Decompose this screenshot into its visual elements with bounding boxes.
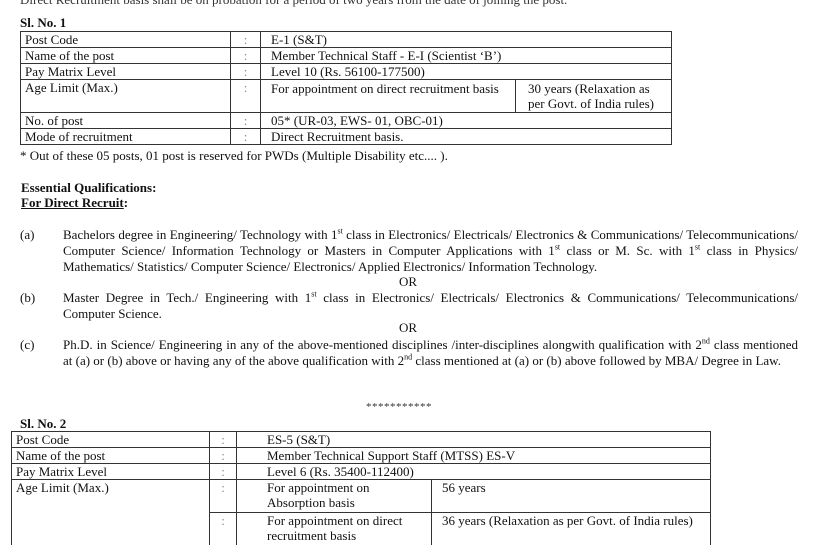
row-separator: : xyxy=(210,464,237,480)
row-separator: : xyxy=(210,513,237,545)
intro-line: Direct Recruitment basis shall be on pro… xyxy=(20,0,567,8)
row-value: E-1 (S&T) xyxy=(261,32,672,48)
row-label: Mode of recruitment xyxy=(21,129,231,145)
row-extra: 56 years xyxy=(432,480,711,513)
section1-title: Sl. No. 1 xyxy=(20,15,66,31)
row-separator: : xyxy=(210,432,237,448)
row-label: Name of the post xyxy=(21,48,231,64)
or-divider: OR xyxy=(399,320,417,336)
row-separator: : xyxy=(231,129,261,145)
table-row: Post Code : ES-5 (S&T) xyxy=(12,432,711,448)
subheading-suffix: : xyxy=(124,195,128,210)
item-label: (b) xyxy=(20,290,35,306)
row-value: For appointment on Absorption basis xyxy=(237,480,432,513)
row-value: For appointment on direct recruitment ba… xyxy=(237,513,432,545)
item-text: Ph.D. in Science/ Engineering in any of … xyxy=(63,337,798,369)
section1-footnote: * Out of these 05 posts, 01 post is rese… xyxy=(20,148,448,164)
subheading-text: For Direct Recruit xyxy=(21,195,124,210)
row-separator: : xyxy=(231,113,261,129)
row-value: Level 6 (Rs. 35400-112400) xyxy=(237,464,711,480)
table-row: Mode of recruitment : Direct Recruitment… xyxy=(21,129,672,145)
section-separator: *********** xyxy=(366,401,432,413)
row-extra: 30 years (Relaxation as per Govt. of Ind… xyxy=(516,80,672,113)
row-extra: 36 years (Relaxation as per Govt. of Ind… xyxy=(432,513,711,545)
qualifications-subheading: For Direct Recruit: xyxy=(21,195,128,211)
row-value: ES-5 (S&T) xyxy=(237,432,711,448)
item-label: (a) xyxy=(20,227,34,243)
qualifications-heading: Essential Qualifications: xyxy=(21,180,156,196)
row-separator: : xyxy=(231,32,261,48)
row-separator: : xyxy=(231,48,261,64)
row-value: Direct Recruitment basis. xyxy=(261,129,672,145)
row-separator: : xyxy=(210,480,237,513)
section2-table: Post Code : ES-5 (S&T) Name of the post … xyxy=(11,431,711,545)
item-text: Bachelors degree in Engineering/ Technol… xyxy=(63,227,798,275)
row-value: Member Technical Staff - E-I (Scientist … xyxy=(261,48,672,64)
table-row: Name of the post : Member Technical Staf… xyxy=(21,48,672,64)
row-label: Pay Matrix Level xyxy=(21,64,231,80)
row-value: 05* (UR-03, EWS- 01, OBC-01) xyxy=(261,113,672,129)
table-row: Age Limit (Max.) : For appointment on Ab… xyxy=(12,480,711,513)
table-row: No. of post : 05* (UR-03, EWS- 01, OBC-0… xyxy=(21,113,672,129)
row-value: Level 10 (Rs. 56100-177500) xyxy=(261,64,672,80)
section2-title: Sl. No. 2 xyxy=(20,416,66,432)
row-label: Name of the post xyxy=(12,448,210,464)
row-separator: : xyxy=(231,64,261,80)
table-row: Pay Matrix Level : Level 10 (Rs. 56100-1… xyxy=(21,64,672,80)
item-text: Master Degree in Tech./ Engineering with… xyxy=(63,290,798,322)
row-separator: : xyxy=(210,448,237,464)
or-divider: OR xyxy=(399,274,417,290)
table-row: Pay Matrix Level : Level 6 (Rs. 35400-11… xyxy=(12,464,711,480)
row-separator: : xyxy=(231,80,261,113)
row-label: Age Limit (Max.) xyxy=(12,480,210,545)
row-label: Age Limit (Max.) xyxy=(21,80,231,113)
row-value: For appointment on direct recruitment ba… xyxy=(261,80,516,113)
row-label: Post Code xyxy=(12,432,210,448)
row-label: Post Code xyxy=(21,32,231,48)
table-row: Age Limit (Max.) : For appointment on di… xyxy=(21,80,672,113)
table-row: Name of the post : Member Technical Supp… xyxy=(12,448,711,464)
row-label: No. of post xyxy=(21,113,231,129)
section1-table: Post Code : E-1 (S&T) Name of the post :… xyxy=(20,31,672,145)
table-row: Post Code : E-1 (S&T) xyxy=(21,32,672,48)
row-label: Pay Matrix Level xyxy=(12,464,210,480)
row-value: Member Technical Support Staff (MTSS) ES… xyxy=(237,448,711,464)
item-label: (c) xyxy=(20,337,34,353)
